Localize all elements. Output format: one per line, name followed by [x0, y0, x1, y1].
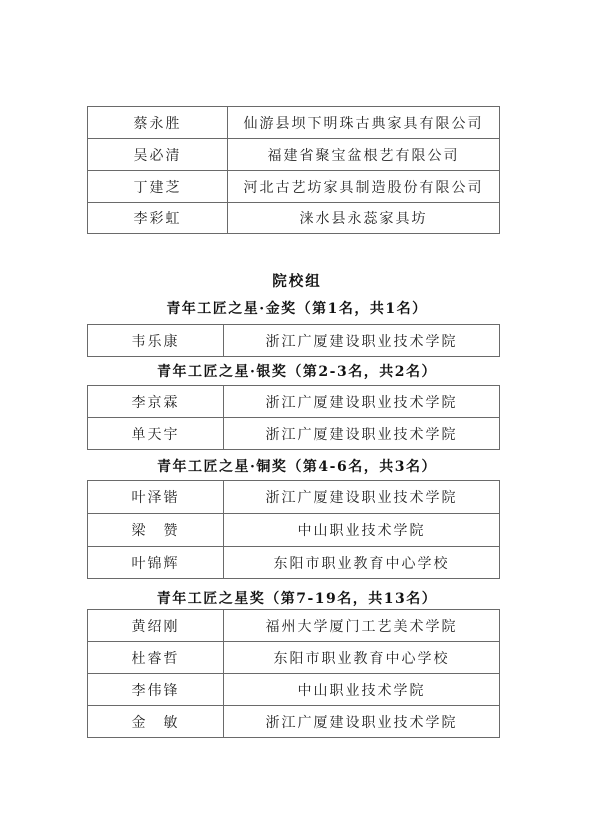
table-row: 李伟锋 中山职业技术学院: [88, 674, 500, 706]
star-award-table: 黄绍刚 福州大学厦门工艺美术学院 杜睿哲 东阳市职业教育中心学校 李伟锋 中山职…: [87, 609, 500, 738]
awardee-organization: 浙江广厦建设职业技术学院: [224, 325, 500, 357]
table-row: 吴必清 福建省聚宝盆根艺有限公司: [88, 139, 500, 171]
awardee-organization: 中山职业技术学院: [224, 674, 500, 706]
star-award-heading: 青年工匠之星奖（第7-19名，共13名）: [0, 588, 594, 608]
bronze-award-table: 叶泽锴 浙江广厦建设职业技术学院 梁 赞 中山职业技术学院 叶锦辉 东阳市职业教…: [87, 480, 500, 579]
awardee-name: 蔡永胜: [88, 107, 228, 139]
table-row: 梁 赞 中山职业技术学院: [88, 514, 500, 547]
awardee-name: 李伟锋: [88, 674, 224, 706]
awardee-organization: 浙江广厦建设职业技术学院: [224, 418, 500, 450]
awardee-organization: 东阳市职业教育中心学校: [224, 547, 500, 579]
awardee-name: 丁建芝: [88, 171, 228, 203]
awardee-name: 杜睿哲: [88, 642, 224, 674]
table-row: 叶泽锴 浙江广厦建设职业技术学院: [88, 481, 500, 514]
table-row: 李京霖 浙江广厦建设职业技术学院: [88, 386, 500, 418]
awardee-organization: 浙江广厦建设职业技术学院: [224, 481, 500, 514]
table-row: 叶锦辉 东阳市职业教育中心学校: [88, 547, 500, 579]
awardee-name: 单天宇: [88, 418, 224, 450]
table-row: 韦乐康 浙江广厦建设职业技术学院: [88, 325, 500, 357]
enterprise-awardee-table: 蔡永胜 仙游县坝下明珠古典家具有限公司 吴必清 福建省聚宝盆根艺有限公司 丁建芝…: [87, 106, 500, 234]
awardee-organization: 浙江广厦建设职业技术学院: [224, 386, 500, 418]
school-group-title: 院校组: [0, 270, 594, 291]
table-row: 黄绍刚 福州大学厦门工艺美术学院: [88, 610, 500, 642]
awardee-name: 吴必清: [88, 139, 228, 171]
awardee-organization: 涞水县永蕊家具坊: [228, 203, 500, 234]
awardee-name: 黄绍刚: [88, 610, 224, 642]
table-row: 丁建芝 河北古艺坊家具制造股份有限公司: [88, 171, 500, 203]
awardee-name: 李京霖: [88, 386, 224, 418]
awardee-name: 李彩虹: [88, 203, 228, 234]
awardee-name: 金 敏: [88, 706, 224, 738]
table-row: 李彩虹 涞水县永蕊家具坊: [88, 203, 500, 234]
gold-award-table: 韦乐康 浙江广厦建设职业技术学院: [87, 324, 500, 357]
awardee-organization: 仙游县坝下明珠古典家具有限公司: [228, 107, 500, 139]
table-row: 杜睿哲 东阳市职业教育中心学校: [88, 642, 500, 674]
awardee-organization: 河北古艺坊家具制造股份有限公司: [228, 171, 500, 203]
awardee-organization: 中山职业技术学院: [224, 514, 500, 547]
bronze-award-heading: 青年工匠之星·铜奖（第4-6名，共3名）: [0, 456, 594, 476]
awardee-name: 梁 赞: [88, 514, 224, 547]
table-row: 单天宇 浙江广厦建设职业技术学院: [88, 418, 500, 450]
silver-award-heading: 青年工匠之星·银奖（第2-3名，共2名）: [0, 361, 594, 381]
table-row: 蔡永胜 仙游县坝下明珠古典家具有限公司: [88, 107, 500, 139]
awardee-name: 叶锦辉: [88, 547, 224, 579]
awardee-organization: 福州大学厦门工艺美术学院: [224, 610, 500, 642]
awardee-organization: 浙江广厦建设职业技术学院: [224, 706, 500, 738]
awardee-name: 叶泽锴: [88, 481, 224, 514]
gold-award-heading: 青年工匠之星·金奖（第1名，共1名）: [0, 298, 594, 318]
awardee-organization: 福建省聚宝盆根艺有限公司: [228, 139, 500, 171]
silver-award-table: 李京霖 浙江广厦建设职业技术学院 单天宇 浙江广厦建设职业技术学院: [87, 385, 500, 450]
awardee-name: 韦乐康: [88, 325, 224, 357]
awardee-organization: 东阳市职业教育中心学校: [224, 642, 500, 674]
table-row: 金 敏 浙江广厦建设职业技术学院: [88, 706, 500, 738]
